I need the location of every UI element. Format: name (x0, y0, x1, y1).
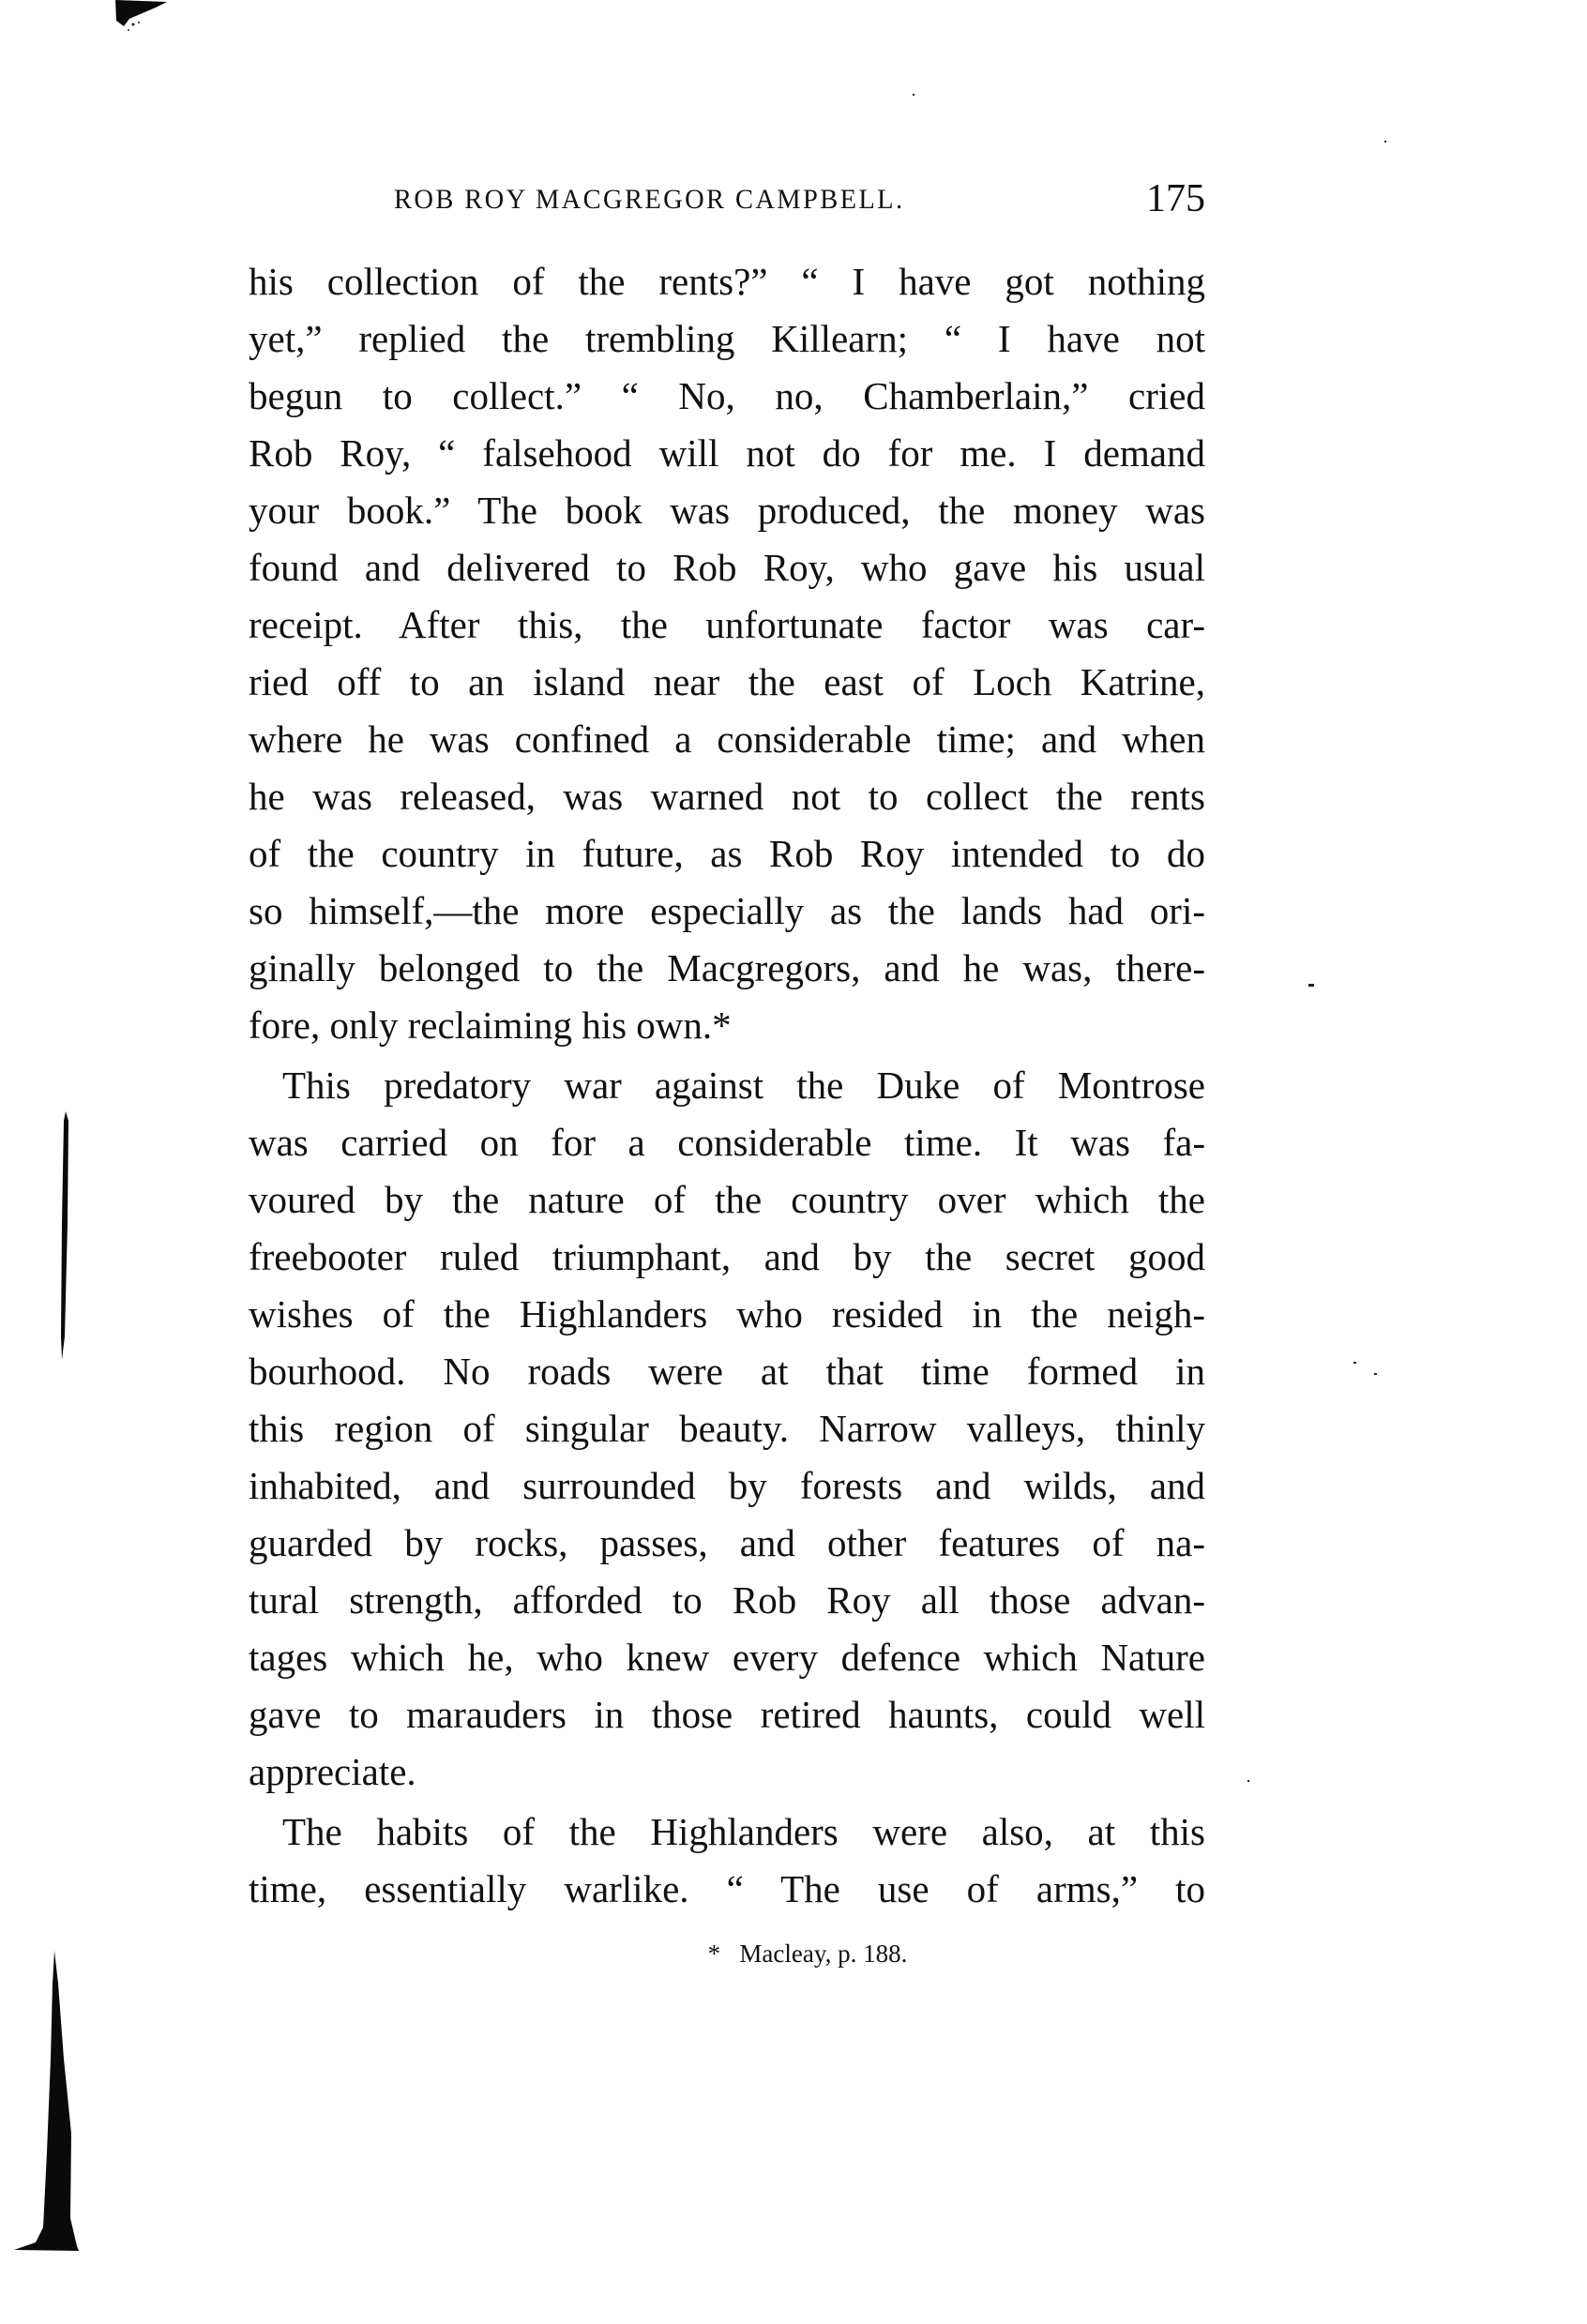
text-line: your book.” The book was produced, the m… (249, 482, 1205, 539)
scan-mark-top-left-icon (111, 0, 176, 34)
text-line: his collection of the rents?” “ I have g… (249, 253, 1205, 310)
text-line: tural strength, afforded to Rob Roy all … (249, 1572, 1205, 1629)
body-text: his collection of the rents?” “ I have g… (249, 253, 1205, 1918)
book-page: ROB ROY MACGREGOR CAMPBELL. 175 his coll… (0, 0, 1587, 2324)
scan-speck (1247, 1780, 1249, 1782)
text-line: appreciate. (249, 1743, 1205, 1801)
scan-bar-left-middle-icon (56, 1111, 71, 1365)
text-line: this region of singular beauty. Narrow v… (249, 1400, 1205, 1457)
text-line: wishes of the Highlanders who resided in… (249, 1286, 1205, 1343)
scan-speck (1374, 1373, 1377, 1375)
text-line: Rob Roy, “ falsehood will not do for me.… (249, 425, 1205, 482)
running-header: ROB ROY MACGREGOR CAMPBELL. 175 (394, 176, 1205, 223)
text-line: freebooter ruled triumphant, and by the … (249, 1229, 1205, 1286)
scan-speck (1353, 1362, 1356, 1364)
text-line: time, essentially warlike. “ The use of … (249, 1861, 1205, 1918)
text-line: ried off to an island near the east of L… (249, 654, 1205, 711)
text-line: This predatory war against the Duke of M… (249, 1057, 1205, 1114)
text-line: he was released, was warned not to colle… (249, 768, 1205, 825)
footnote-text: Macleay, p. 188. (739, 1939, 907, 1968)
text-line: The habits of the Highlanders were also,… (249, 1803, 1205, 1861)
text-line: yet,” replied the trembling Killearn; “ … (249, 310, 1205, 368)
paragraph-2: This predatory war against the Duke of M… (249, 1057, 1205, 1801)
paragraph-3: The habits of the Highlanders were also,… (249, 1803, 1205, 1918)
scan-speck (1384, 141, 1386, 143)
text-line: begun to collect.” “ No, no, Chamberlain… (249, 368, 1205, 425)
text-line: so himself,—the more especially as the l… (249, 883, 1205, 940)
footnote-marker: * (708, 1939, 721, 1968)
footnote: * Macleay, p. 188. (0, 1939, 1587, 1969)
scan-speck (1308, 984, 1314, 987)
scan-bar-left-bottom-icon (9, 1946, 84, 2256)
text-line: found and delivered to Rob Roy, who gave… (249, 539, 1205, 596)
text-line: fore, only reclaiming his own.* (249, 997, 1205, 1054)
running-title: ROB ROY MACGREGOR CAMPBELL. (394, 184, 904, 216)
text-line: gave to marauders in those retired haunt… (249, 1686, 1205, 1743)
text-line: of the country in future, as Rob Roy int… (249, 825, 1205, 883)
text-line: ginally belonged to the Macgregors, and … (249, 940, 1205, 997)
text-line: bourhood. No roads were at that time for… (249, 1343, 1205, 1400)
page-number: 175 (1146, 176, 1205, 221)
text-line: receipt. After this, the unfortunate fac… (249, 596, 1205, 654)
text-line: voured by the nature of the country over… (249, 1171, 1205, 1229)
text-line: where he was confined a considerable tim… (249, 711, 1205, 768)
scan-speck (913, 94, 914, 96)
text-line: guarded by rocks, passes, and other feat… (249, 1515, 1205, 1572)
text-line: tages which he, who knew every defence w… (249, 1629, 1205, 1686)
text-line: was carried on for a considerable time. … (249, 1114, 1205, 1171)
text-line: inhabited, and surrounded by forests and… (249, 1457, 1205, 1515)
paragraph-1: his collection of the rents?” “ I have g… (249, 253, 1205, 1054)
